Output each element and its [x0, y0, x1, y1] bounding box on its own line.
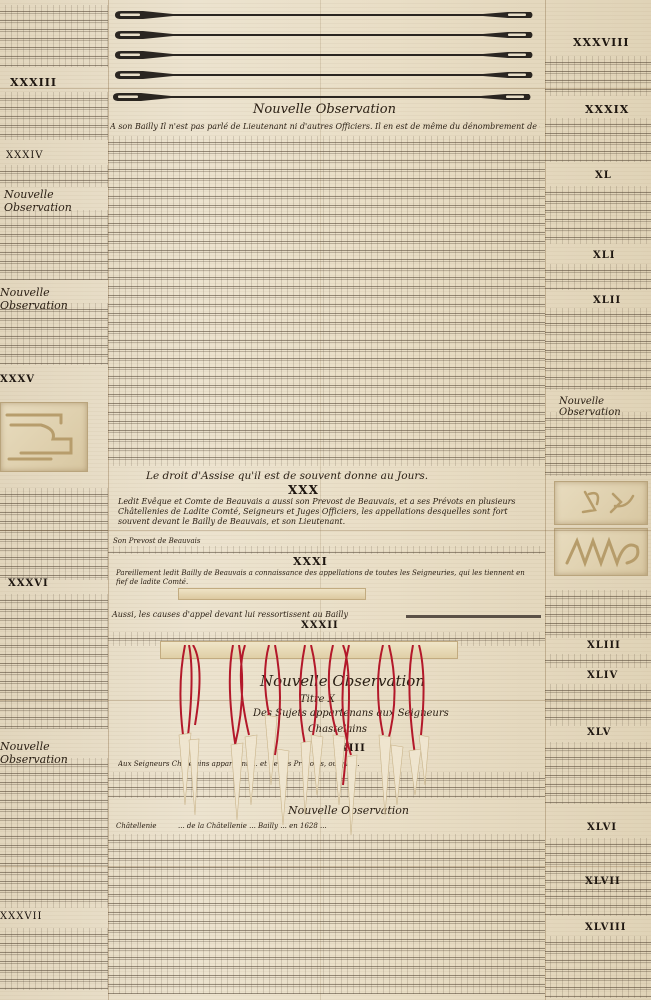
- handwriting-block: [545, 590, 651, 638]
- needle-icon: [113, 70, 535, 80]
- numeral-xxxix: XXXIX: [585, 103, 629, 116]
- paragraph-xxx: Ledit Évêque et Comte de Beauvais a auss…: [118, 497, 538, 527]
- embossed-tablet-right-2: [554, 528, 648, 576]
- embossed-tablet-right-1: [554, 481, 648, 525]
- numeral-xlviii: XLVIII: [585, 922, 626, 933]
- right-column: XXXVIII XXXIX XL XLI XLII Nouvelle Obser…: [545, 0, 651, 1000]
- handwriting-block: [545, 742, 651, 804]
- numeral-xlii: XLII: [593, 295, 621, 306]
- handwriting-block: [545, 654, 651, 668]
- numeral-xxxvi: XXXVI: [8, 578, 49, 589]
- numeral-xxxvii: XXXVII: [0, 911, 42, 922]
- numeral-xxxii: XXXII: [301, 620, 339, 631]
- needle-icon: [113, 10, 535, 20]
- handwriting-block: [0, 594, 108, 729]
- needle-1: [113, 10, 535, 18]
- strip-seam: [0, 88, 651, 89]
- numeral-xxxviii: XXXVIII: [573, 36, 630, 49]
- embossed-signature-icon: [555, 529, 647, 575]
- artwork-canvas: XXXIII XXXIV Nouvelle Observation Nouvel…: [0, 0, 651, 1000]
- handwriting-block: [0, 303, 108, 365]
- handwriting-block: [0, 758, 108, 908]
- numeral-xxx: XXX: [288, 483, 319, 497]
- needle-4: [113, 70, 535, 78]
- strip-seam: [0, 866, 651, 867]
- line-causes-appel: Aussi, les causes d'appel devant lui res…: [112, 610, 348, 619]
- handwriting-block: [545, 890, 651, 916]
- numeral-xxxi: XXXI: [293, 555, 328, 568]
- paper-stick: [178, 588, 366, 600]
- handwriting-block-main: [108, 136, 545, 466]
- line-droit-assise: Le droit d'Assise qu'il est de souvent d…: [146, 470, 428, 482]
- handwriting-block: [0, 165, 108, 187]
- embossed-tablet-left: [0, 402, 88, 472]
- embossed-monogram-icon: [555, 482, 647, 524]
- needle-icon: [113, 30, 535, 40]
- handwriting-block: [108, 546, 545, 554]
- numeral-xli: XLI: [593, 250, 615, 261]
- numeral-xliii: XLIII: [587, 640, 621, 651]
- needle-icon: [111, 92, 533, 102]
- handwriting-block: [0, 92, 108, 140]
- numeral-xlvi: XLVI: [587, 822, 617, 833]
- margin-note-son-bailly: A son Bailly: [110, 122, 158, 131]
- handwriting-block: [545, 412, 651, 476]
- numeral-xxxiv: XXXIV: [6, 150, 44, 161]
- handwriting-block: [545, 118, 651, 162]
- needle-icon: [113, 50, 535, 60]
- handwriting-block: [545, 936, 651, 998]
- paragraph-text: Il n'est pas parlé de Lieutenant ni d'au…: [160, 122, 540, 131]
- numeral-xliv: XLIV: [587, 670, 618, 681]
- handwriting-block: [0, 928, 108, 990]
- margin-note-prevost: Son Prevost de Beauvais: [113, 537, 201, 545]
- handwriting-block: [0, 5, 108, 67]
- left-column: XXXIII XXXIV Nouvelle Observation Nouvel…: [0, 0, 108, 1000]
- main-column: Nouvelle Observation A son Bailly Il n'e…: [108, 0, 545, 1000]
- margin-note-chatellenie: Châtellenie: [116, 822, 157, 830]
- handwriting-block: [545, 308, 651, 390]
- numeral-xlv: XLV: [587, 727, 611, 738]
- handwriting-block: [545, 264, 651, 290]
- thread-tassels-icon: [165, 645, 455, 845]
- handwriting-block: [545, 186, 651, 244]
- handwriting-block: [0, 488, 108, 580]
- handwriting-block: [545, 56, 651, 96]
- handwriting-block: [545, 684, 651, 726]
- numeral-xxxv: XXXV: [0, 374, 35, 385]
- strip-seam: [0, 700, 651, 701]
- rule-line: [406, 615, 541, 618]
- numeral-xl: XL: [595, 170, 612, 181]
- paragraph-opening: A son Bailly Il n'est pas parlé de Lieut…: [110, 122, 540, 131]
- handwriting-block-bottom: [108, 834, 545, 994]
- paragraph-xxxi: Pareillement ledit Bailly de Beauvais a …: [116, 569, 536, 587]
- handwriting-block: [0, 210, 108, 280]
- embossed-glyph-icon: [1, 403, 87, 471]
- needle-3: [113, 50, 535, 58]
- strip-seam: [0, 530, 651, 531]
- heading-nouvelle-observation: Nouvelle Observation: [253, 102, 396, 117]
- red-thread-fringe: [165, 645, 455, 845]
- needle-2: [113, 30, 535, 38]
- needle-5: [111, 92, 533, 100]
- numeral-xlvii: XLVII: [585, 876, 621, 887]
